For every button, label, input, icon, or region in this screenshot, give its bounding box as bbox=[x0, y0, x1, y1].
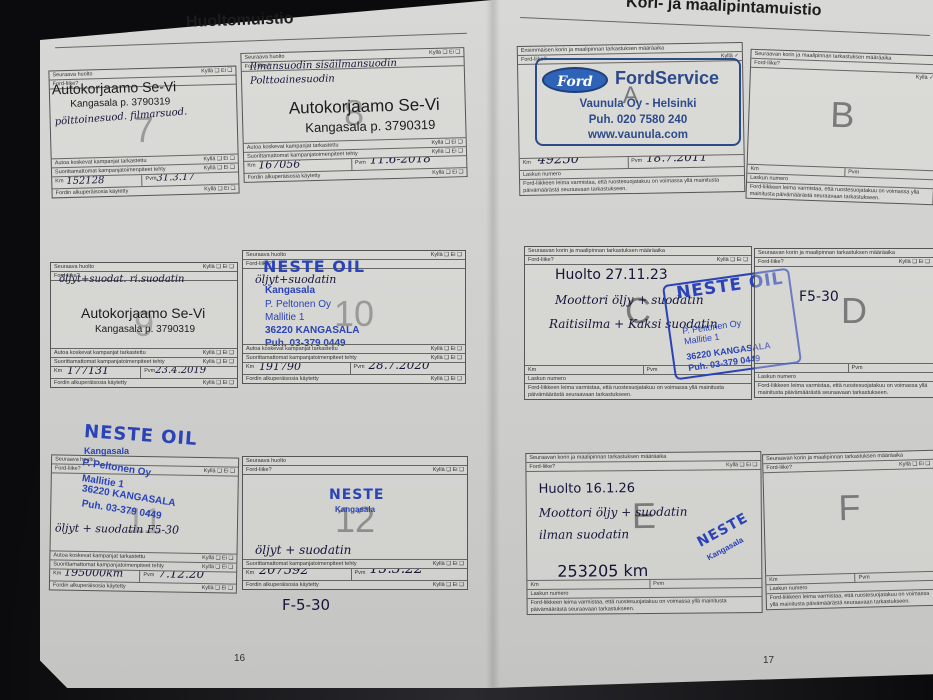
pvm-cell: Pvm 28.7.2020 bbox=[350, 363, 365, 374]
stamp-name: Autokorjaamo Se-Vi bbox=[81, 305, 205, 321]
label-invoice-number: Laskun numero bbox=[758, 374, 796, 380]
label-campaigns-done: Suorittamattomat kampanjatoimenpiteet te… bbox=[54, 359, 165, 365]
pvm-cell: Pvm 31.3.17 bbox=[141, 175, 156, 186]
stamp-city-phone: Kangasala p. 3790319 bbox=[95, 324, 195, 335]
yes-no-checkbox: Kyllä ❑ Ei ❑ bbox=[202, 584, 233, 593]
yes-no-checkbox: Kyllä ❑ Ei ❑ bbox=[899, 460, 930, 470]
pvm-value: 28.7.2020 bbox=[369, 362, 430, 370]
stamp-line-2: P. Peltonen Oy bbox=[265, 299, 331, 310]
body-box-e: Seuraavan korin ja maalipinnan tarkastuk… bbox=[525, 451, 762, 615]
yes-no-checkbox: Kyllä ❑ Ei ❑ bbox=[203, 349, 234, 357]
pvm-cell: Pvm 7.12.20 bbox=[139, 571, 154, 582]
service-box-8: Seuraava huoltoKyllä ❑ Ei ❑ Ford-liike? … bbox=[240, 47, 467, 183]
stamp-name: Autokorjaamo Se-Vi bbox=[289, 95, 440, 119]
yes-no-checkbox: Kyllä ❑ Ei ❑ bbox=[899, 258, 930, 267]
label-ford-dealer: Ford-liike? bbox=[754, 60, 780, 67]
km-value: 177131 bbox=[67, 366, 109, 375]
handwritten-km: 253205 km bbox=[557, 561, 648, 581]
label-next-body-inspection: Seuraavan korin ja maalipinnan tarkastuk… bbox=[758, 250, 895, 256]
label-invoice-number: Laskun numero bbox=[523, 171, 561, 178]
box-letter: F bbox=[764, 485, 933, 531]
label-original-parts: Fordin alkuperäisosia käytetty bbox=[246, 582, 319, 588]
label-original-parts: Fordin alkuperäisosia käytetty bbox=[55, 188, 128, 196]
handwritten-note-line-3: ilman suodatin bbox=[539, 527, 629, 542]
page-number-left: 16 bbox=[234, 653, 245, 664]
label-original-parts: Fordin alkuperäisosia käytetty bbox=[246, 376, 319, 382]
book-gutter bbox=[486, 0, 500, 688]
label-ford-dealer: Ford-liike? bbox=[529, 464, 555, 470]
label-km: Km bbox=[53, 570, 61, 576]
stamp-city-phone: Kangasala p. 3790319 bbox=[305, 117, 435, 135]
body-box-f: Seuraavan korin ja maalipinnan tarkastuk… bbox=[762, 450, 933, 610]
stamp-line-3: www.vaunula.com bbox=[537, 129, 739, 141]
label-next-body-inspection: Seuraavan korin ja maalipinnan tarkastuk… bbox=[528, 248, 665, 254]
yes-no-checkbox: Kyllä ❑ Ei ❑ bbox=[433, 560, 464, 568]
km-value: 167056 bbox=[258, 159, 300, 169]
yes-no-checkbox: Kyllä ❑ Ei ❑ bbox=[204, 467, 235, 477]
label-invoice-number: Laskun numero bbox=[531, 591, 569, 597]
handwritten-note: öljyt + suodatin bbox=[255, 543, 351, 557]
label-body-footer: Ford-liikkeen leima varmistaa, että ruos… bbox=[531, 598, 727, 613]
page-number-right: 17 bbox=[763, 655, 774, 666]
ford-service-brand: FordService bbox=[615, 68, 719, 89]
handwritten-oil-grade: F5-30 bbox=[799, 289, 839, 305]
pvm-cell: Pvm 23.4.2019 bbox=[140, 367, 155, 378]
pvm-cell: Pvm 11.6-2018 bbox=[351, 159, 366, 170]
label-next-service: Seuraava huolto bbox=[244, 54, 284, 61]
yes-no-checkbox: Kyllä ❑ Ei ❑ bbox=[432, 168, 463, 178]
label-next-service: Seuraava huolto bbox=[52, 71, 92, 78]
label-campaigns-done: Suorittamattomat kampanjatoimenpiteet te… bbox=[246, 355, 357, 361]
service-box-12: Seuraava huolto Ford-liike?Kyllä ❑ Ei ❑ … bbox=[242, 456, 468, 590]
ford-logo: Ford bbox=[542, 67, 608, 93]
neste-stamp-logo: NESTE bbox=[329, 487, 384, 503]
label-campaigns-checked: Autoa koskevat kampanjat tarkastettu bbox=[246, 346, 338, 352]
label-km: Km bbox=[530, 582, 538, 588]
label-body-footer: Ford-liikkeen leima varmistaa, että ruos… bbox=[750, 184, 920, 202]
pvm-value: 7.12.20 bbox=[158, 569, 204, 579]
label-km: Km bbox=[528, 367, 536, 373]
pvm-value: 18.7.2011 bbox=[646, 154, 707, 163]
pvm-cell: Pvm bbox=[649, 580, 664, 588]
label-km: Km bbox=[769, 577, 777, 583]
stamp-sub: Kangasala bbox=[335, 505, 375, 514]
km-value: 49250 bbox=[538, 155, 580, 165]
label-pvm: Pvm bbox=[355, 160, 366, 166]
pvm-value: 15.3.22 bbox=[370, 568, 423, 574]
label-km: Km bbox=[523, 160, 531, 166]
label-pvm: Pvm bbox=[143, 572, 154, 578]
stamp-line-3: Mallitie 1 bbox=[265, 312, 304, 323]
yes-no-checkbox: Kyllä ❑ Ei ❑ bbox=[431, 345, 462, 353]
stamp-name: Autokorjaamo Se-Vi bbox=[52, 78, 177, 97]
box-letter: D bbox=[755, 290, 933, 332]
body-box-d: Seuraavan korin ja maalipinnan tarkastuk… bbox=[754, 248, 933, 398]
label-ford-dealer: Ford-liike? bbox=[758, 259, 784, 265]
label-pvm: Pvm bbox=[859, 575, 870, 581]
handwritten-note-line-1: Huolto 27.11.23 bbox=[555, 267, 668, 283]
yes-no-checkbox: Kyllä ❑ Ei ❑ bbox=[431, 251, 462, 260]
label-body-footer: Ford-liikkeen leima varmistaa, että ruos… bbox=[523, 177, 719, 193]
pvm-cell: Pvm bbox=[848, 364, 863, 372]
km-value: 191790 bbox=[259, 362, 301, 371]
handwritten-note: öljyt+suodat. ri.suodatin bbox=[59, 274, 184, 285]
pvm-cell: Pvm 18.7.2011 bbox=[627, 157, 642, 168]
pvm-cell: Pvm 15.3.22 bbox=[351, 569, 366, 580]
km-value: 152128 bbox=[66, 176, 104, 186]
label-km: Km bbox=[247, 163, 255, 169]
handwritten-note-line-1: Huolto 16.1.26 bbox=[539, 481, 636, 497]
label-pvm: Pvm bbox=[653, 581, 664, 587]
label-pvm: Pvm bbox=[144, 368, 155, 374]
page-title-left: Huoltomuistio bbox=[186, 10, 294, 32]
yes-no-checkbox: Kyllä ❑ Ei ❑ bbox=[203, 379, 234, 387]
handwritten-note-line-2: Polttoainesuodin bbox=[250, 73, 335, 86]
service-box-10: Seuraava huoltoKyllä ❑ Ei ❑ Ford-liike? … bbox=[242, 250, 466, 384]
label-pvm: Pvm bbox=[647, 367, 658, 373]
label-ford-dealer: Ford-liike? bbox=[246, 467, 272, 473]
label-next-service: Seuraava huolto bbox=[54, 264, 94, 270]
yes-no-checkbox: Kyllä ❑ Ei ❑ bbox=[203, 263, 234, 272]
box-letter: B bbox=[749, 91, 933, 139]
label-pvm: Pvm bbox=[145, 176, 156, 182]
yes-no-checkbox: Kyllä ❑ Ei ❑ bbox=[431, 354, 462, 362]
label-first-body-inspection: Ensimmäisen korin ja maalipinnan tarkast… bbox=[521, 45, 664, 54]
stamp-line-1: Kangasala bbox=[84, 446, 129, 456]
label-body-footer: Ford-liikkeen leima varmistaa, että ruos… bbox=[758, 383, 927, 396]
stamp-line-2: Puh. 020 7580 240 bbox=[537, 114, 739, 126]
label-campaigns-checked: Autoa koskevat kampanjat tarkastettu bbox=[54, 350, 146, 356]
label-pvm: Pvm bbox=[354, 364, 365, 370]
stamp-line-1: Vaunula Oy - Helsinki bbox=[537, 98, 739, 110]
body-box-b: Seuraavan korin ja maalipinnan tarkastuk… bbox=[745, 49, 933, 205]
label-ford-dealer: Ford-liike? bbox=[55, 465, 81, 471]
stamp-line-1: Kangasala bbox=[265, 285, 315, 296]
label-original-parts: Fordin alkuperäisosia käytetty bbox=[53, 582, 126, 589]
label-next-body-inspection: Seuraavan korin ja maalipinnan tarkastuk… bbox=[529, 454, 666, 461]
handwritten-note-line-2: Moottori öljy + suodatin bbox=[539, 505, 688, 520]
yes-no-checkbox: Kyllä ❑ Ei ❑ bbox=[433, 581, 464, 589]
pvm-value: 11.6-2018 bbox=[370, 155, 432, 165]
pvm-cell: Pvm bbox=[643, 366, 658, 374]
ford-service-stamp: Ford FordService Vaunula Oy - Helsinki P… bbox=[535, 58, 741, 146]
label-original-parts: Fordin alkuperäisosia käytetty bbox=[54, 380, 127, 386]
label-pvm: Pvm bbox=[631, 158, 642, 164]
label-invoice-number: Laskun numero bbox=[769, 585, 807, 592]
yes-no-checkbox: Kyllä ❑ Ei ❑ bbox=[433, 466, 464, 475]
km-value: 195000km bbox=[64, 568, 123, 577]
label-body-footer: Ford-liikkeen leima varmistaa, että ruos… bbox=[770, 591, 930, 608]
label-km: Km bbox=[246, 570, 254, 576]
label-invoice-number: Laskun numero bbox=[528, 376, 566, 382]
yes-no-checkbox: Kyllä ❑ Ei ❑ bbox=[717, 256, 748, 265]
label-km: Km bbox=[55, 178, 63, 184]
yes-no-checkbox: Kyllä ❑ Ei ❑ bbox=[203, 358, 234, 366]
service-box-9: Seuraava huoltoKyllä ❑ Ei ❑ Ford-liike? … bbox=[50, 262, 238, 388]
label-campaigns-done: Suorittamattomat kampanjatoimenpiteet te… bbox=[246, 561, 357, 567]
pvm-value: 31.3.17 bbox=[156, 173, 194, 183]
service-box-11: Seuraava huolto Ford-liike?Kyllä ❑ Ei ❑ … bbox=[49, 454, 239, 593]
label-pvm: Pvm bbox=[848, 169, 859, 175]
yes-no-checkbox: Kyllä ❑ Ei ❑ bbox=[204, 185, 235, 195]
handwritten-oil-grade: F-5-30 bbox=[282, 596, 330, 614]
yes-no-checkbox: Kyllä ❑ Ei ❑ bbox=[726, 461, 757, 470]
yes-checkbox-checked: Kyllä ✓ bbox=[916, 74, 933, 84]
label-original-parts: Fordin alkuperäisosia käytetty bbox=[248, 173, 321, 181]
label-km: Km bbox=[246, 364, 254, 370]
km-value: 207592 bbox=[259, 568, 309, 575]
label-km: Km bbox=[750, 166, 758, 172]
label-pvm: Pvm bbox=[355, 570, 366, 576]
pvm-value: 23.4.2019 bbox=[155, 366, 206, 375]
stamp-line-4: 36220 KANGASALA bbox=[265, 325, 359, 336]
yes-no-checkbox: Kyllä ❑ Ei ❑ bbox=[431, 375, 462, 383]
label-ford-dealer: Ford-liike? bbox=[528, 257, 554, 263]
label-ford-dealer: Ford-liike? bbox=[766, 464, 792, 471]
label-body-footer: Ford-liikkeen leima varmistaa, että ruos… bbox=[528, 385, 724, 398]
label-pvm: Pvm bbox=[852, 365, 863, 371]
label-km: Km bbox=[54, 368, 62, 374]
service-box-7: Seuraava huoltoKyllä ❑ Ei ❑ Ford-liike? … bbox=[48, 66, 239, 199]
handwritten-note: öljyt + suodatin F5-30 bbox=[55, 521, 179, 536]
label-next-service: Seuraava huolto bbox=[246, 458, 286, 464]
